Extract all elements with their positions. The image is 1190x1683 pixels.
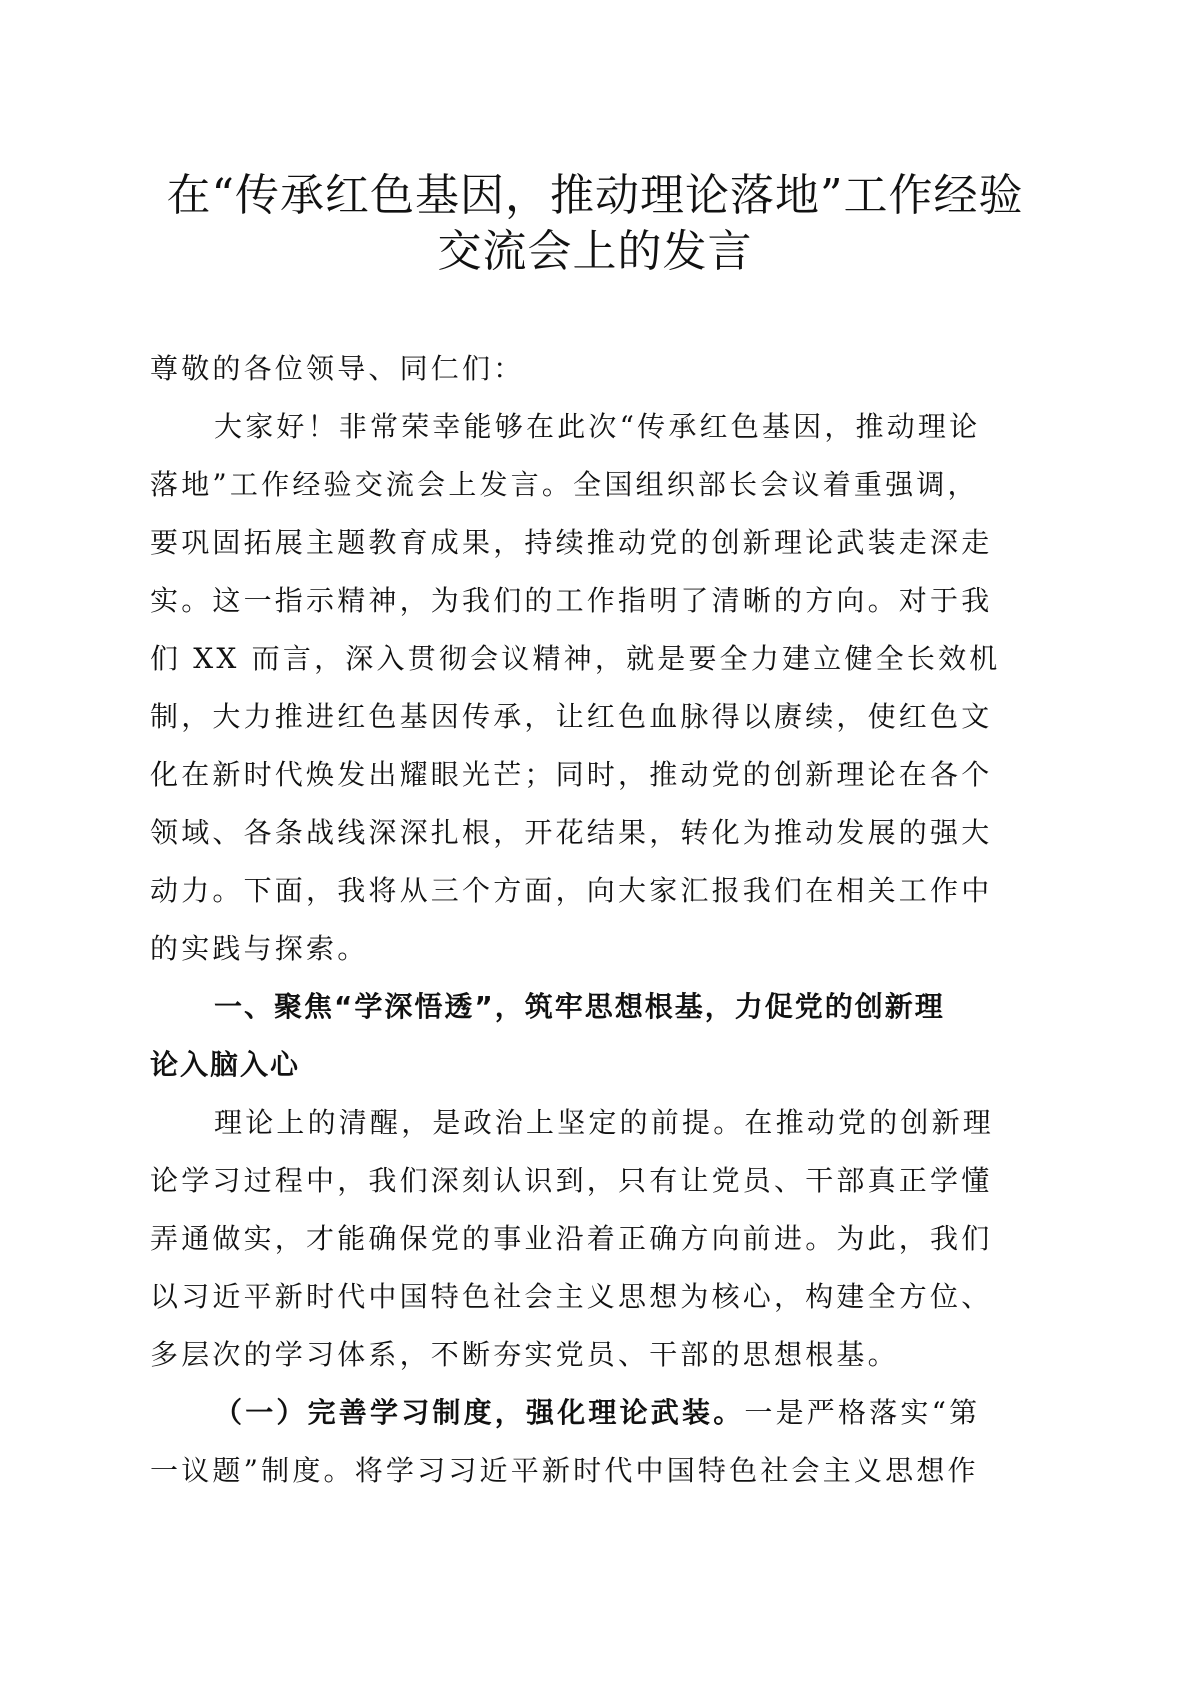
paragraph-line: 化在新时代焕发出耀眼光芒；同时，推动党的创新理论在各个 [150, 746, 1040, 804]
heading-line: 论入脑入心 [150, 1036, 1040, 1094]
paragraph-line: 弄通做实，才能确保党的事业沿着正确方向前进。为此，我们 [150, 1210, 1040, 1268]
title-line: 在“传承红色基因，推动理论落地”工作经验 [140, 168, 1050, 224]
intro-paragraph: 大家好！非常荣幸能够在此次“传承红色基因，推动理论 落地”工作经验交流会上发言。… [150, 398, 1040, 978]
document-page: 在“传承红色基因，推动理论落地”工作经验 交流会上的发言 尊敬的各位领导、同仁们… [0, 0, 1190, 1683]
paragraph-line: 制，大力推进红色基因传承，让红色血脉得以赓续，使红色文 [150, 688, 1040, 746]
paragraph-line: 们 XX 而言，深入贯彻会议精神，就是要全力建立健全长效机 [150, 630, 1040, 688]
paragraph-line: （一）完善学习制度，强化理论武装。一是严格落实“第 [150, 1384, 1040, 1442]
paragraph-line: 多层次的学习体系，不断夯实党员、干部的思想根基。 [150, 1326, 1040, 1384]
paragraph-line: 一议题”制度。将学习习近平新时代中国特色社会主义思想作 [150, 1442, 1040, 1500]
salutation: 尊敬的各位领导、同仁们： [150, 340, 1040, 398]
subsection-1-paragraph: （一）完善学习制度，强化理论武装。一是严格落实“第 一议题”制度。将学习习近平新… [150, 1384, 1040, 1500]
paragraph-line: 动力。下面，我将从三个方面，向大家汇报我们在相关工作中 [150, 862, 1040, 920]
paragraph-line: 论学习过程中，我们深刻认识到，只有让党员、干部真正学懂 [150, 1152, 1040, 1210]
document-body: 尊敬的各位领导、同仁们： 大家好！非常荣幸能够在此次“传承红色基因，推动理论 落… [150, 340, 1040, 1500]
paragraph-line: 实。这一指示精神，为我们的工作指明了清晰的方向。对于我 [150, 572, 1040, 630]
paragraph-line: 以习近平新时代中国特色社会主义思想为核心，构建全方位、 [150, 1268, 1040, 1326]
section-1-paragraph: 理论上的清醒，是政治上坚定的前提。在推动党的创新理 论学习过程中，我们深刻认识到… [150, 1094, 1040, 1384]
paragraph-line: 要巩固拓展主题教育成果，持续推动党的创新理论武装走深走 [150, 514, 1040, 572]
heading-line: 一、聚焦“学深悟透”，筑牢思想根基，力促党的创新理 [150, 978, 1040, 1036]
paragraph-line: 理论上的清醒，是政治上坚定的前提。在推动党的创新理 [150, 1094, 1040, 1152]
paragraph-line: 大家好！非常荣幸能够在此次“传承红色基因，推动理论 [150, 398, 1040, 456]
document-title: 在“传承红色基因，推动理论落地”工作经验 交流会上的发言 [140, 168, 1050, 280]
section-heading-1: 一、聚焦“学深悟透”，筑牢思想根基，力促党的创新理 论入脑入心 [150, 978, 1040, 1094]
title-line: 交流会上的发言 [140, 224, 1050, 280]
subsection-heading: （一）完善学习制度，强化理论武装。 [214, 1396, 744, 1429]
subsection-text: 一是严格落实“第 [744, 1396, 980, 1429]
paragraph-line: 落地”工作经验交流会上发言。全国组织部长会议着重强调， [150, 456, 1040, 514]
paragraph-line: 领域、各条战线深深扎根，开花结果，转化为推动发展的强大 [150, 804, 1040, 862]
paragraph-line: 的实践与探索。 [150, 920, 1040, 978]
